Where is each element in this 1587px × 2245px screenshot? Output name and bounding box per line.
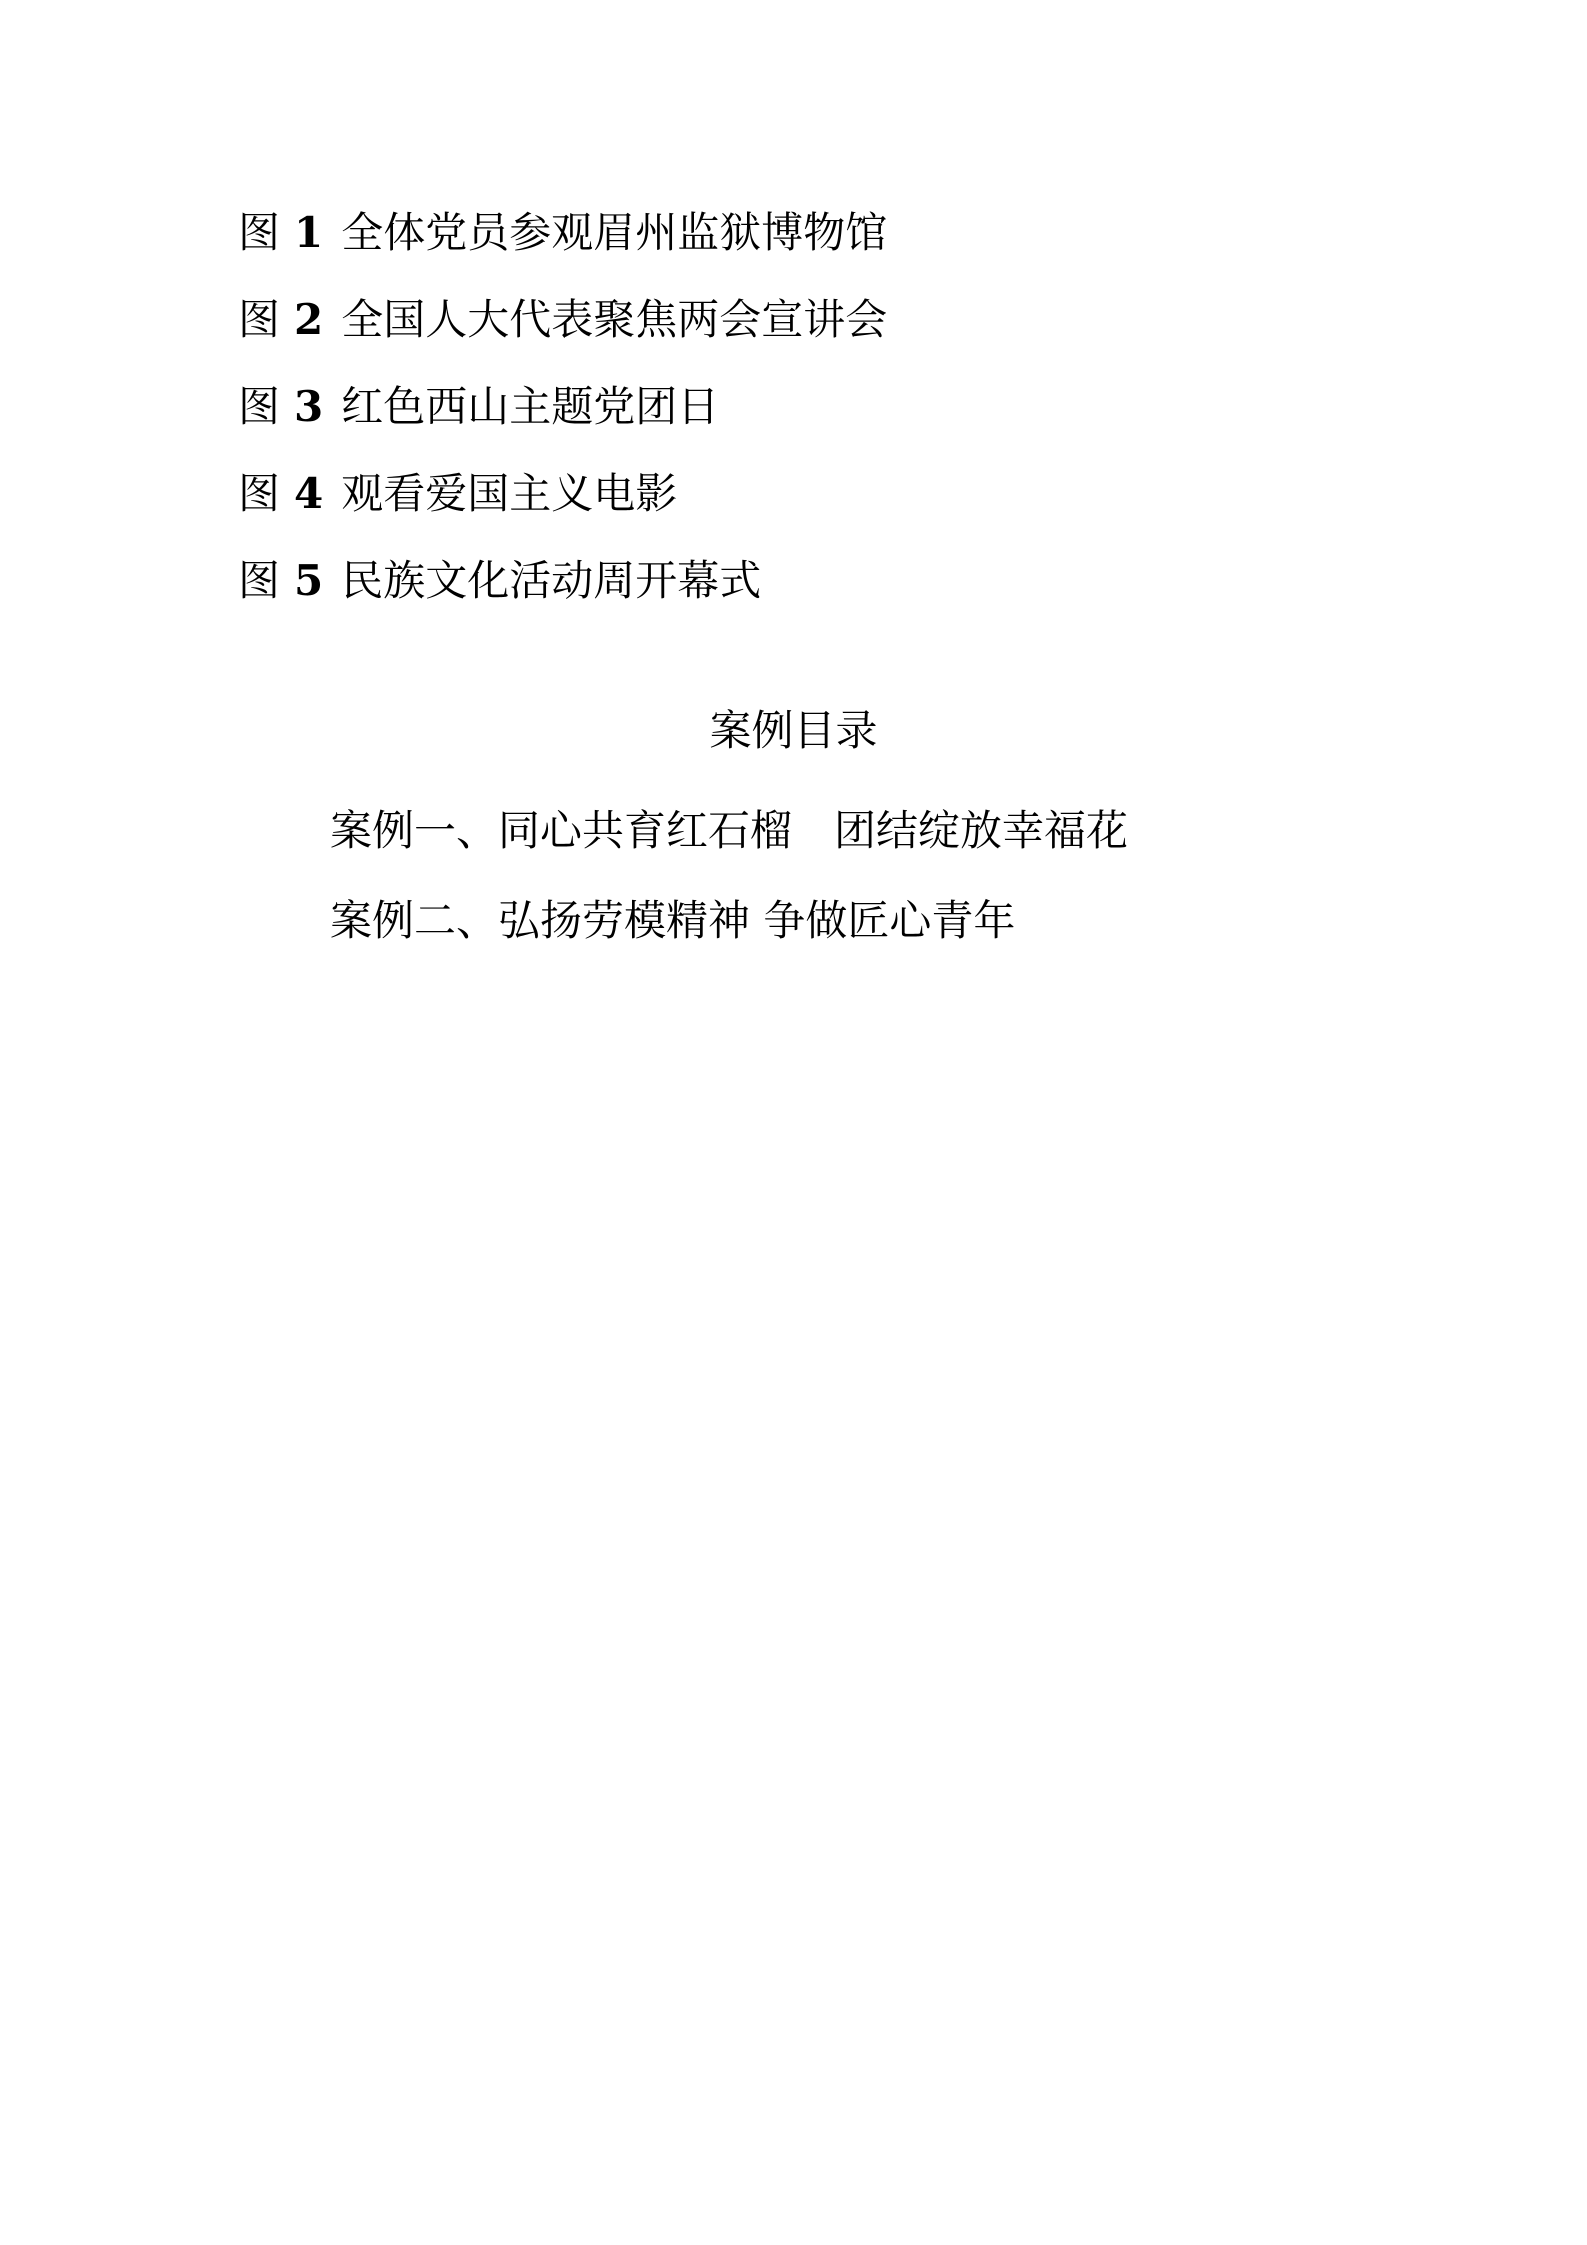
figure-caption-item: 图3红色西山主题党团日 (238, 363, 887, 450)
figure-title: 红色西山主题党团日 (341, 382, 719, 431)
figure-caption-item: 图4观看爱国主义电影 (238, 450, 887, 537)
figure-title: 观看爱国主义电影 (341, 469, 677, 518)
case-title: 同心共育红石榴 团结绽放幸福花 (498, 806, 1128, 855)
figure-caption-list: 图1全体党员参观眉州监狱博物馆 图2全国人大代表聚焦两会宣讲会 图3红色西山主题… (238, 189, 887, 624)
figure-label: 图 (238, 382, 280, 431)
case-toc-item: 案例二、弘扬劳模精神 争做匠心青年 (330, 876, 1128, 966)
document-page: 图1全体党员参观眉州监狱博物馆 图2全国人大代表聚焦两会宣讲会 图3红色西山主题… (0, 0, 1587, 2245)
figure-title: 全国人大代表聚焦两会宣讲会 (341, 295, 887, 344)
figure-caption-item: 图5民族文化活动周开幕式 (238, 537, 887, 624)
case-toc-heading: 案例目录 (0, 686, 1587, 776)
case-toc-list: 案例一、同心共育红石榴 团结绽放幸福花 案例二、弘扬劳模精神 争做匠心青年 (330, 786, 1128, 966)
figure-label: 图 (238, 208, 280, 257)
case-label: 案例二、 (330, 896, 498, 945)
figure-number: 2 (294, 295, 323, 344)
figure-title: 民族文化活动周开幕式 (341, 556, 761, 605)
figure-label: 图 (238, 295, 280, 344)
figure-number: 1 (294, 208, 323, 257)
case-label: 案例一、 (330, 806, 498, 855)
case-toc-item: 案例一、同心共育红石榴 团结绽放幸福花 (330, 786, 1128, 876)
figure-label: 图 (238, 556, 280, 605)
figure-title: 全体党员参观眉州监狱博物馆 (341, 208, 887, 257)
figure-label: 图 (238, 469, 280, 518)
figure-number: 5 (294, 556, 323, 605)
case-title: 弘扬劳模精神 争做匠心青年 (498, 896, 1015, 945)
figure-number: 4 (294, 469, 323, 518)
figure-number: 3 (294, 382, 323, 431)
figure-caption-item: 图1全体党员参观眉州监狱博物馆 (238, 189, 887, 276)
figure-caption-item: 图2全国人大代表聚焦两会宣讲会 (238, 276, 887, 363)
